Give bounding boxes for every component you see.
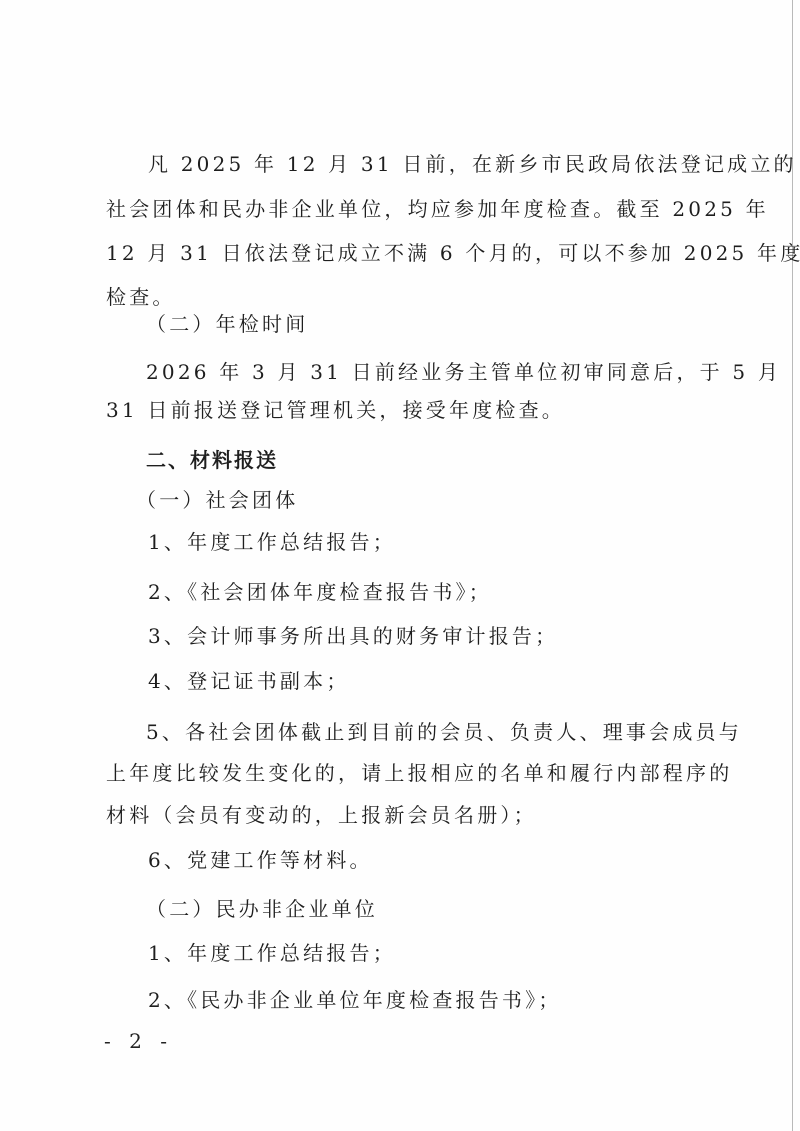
paragraph-1-line-2: 社会团体和民办非企业单位，均应参加年度检查。截至 2025 年 <box>0 195 800 223</box>
social-item-1: 1、年度工作总结报告； <box>0 528 800 556</box>
heading-materials-submission: 二、材料报送 <box>0 446 800 474</box>
social-item-6: 6、党建工作等材料。 <box>0 846 800 874</box>
social-item-4: 4、登记证书副本； <box>0 667 800 695</box>
paragraph-2-line-1: 2026 年 3 月 31 日前经业务主管单位初审同意后，于 5 月 <box>0 358 800 386</box>
paragraph-2-line-2: 31 日前报送登记管理机关，接受年度检查。 <box>0 396 800 424</box>
paragraph-1-line-1: 凡 2025 年 12 月 31 日前，在新乡市民政局依法登记成立的 <box>0 150 800 178</box>
document-page: 凡 2025 年 12 月 31 日前，在新乡市民政局依法登记成立的 社会团体和… <box>0 0 800 1131</box>
private-item-1: 1、年度工作总结报告； <box>0 939 800 967</box>
social-item-5-line-3: 材料（会员有变动的，上报新会员名册）； <box>0 801 800 829</box>
social-item-5-line-1: 5、各社会团体截止到目前的会员、负责人、理事会成员与 <box>0 718 800 746</box>
paragraph-1-line-3: 12 月 31 日依法登记成立不满 6 个月的，可以不参加 2025 年度 <box>0 239 800 267</box>
paragraph-1-line-4: 检查。 <box>0 283 800 311</box>
social-item-5-line-2: 上年度比较发生变化的，请上报相应的名单和履行内部程序的 <box>0 759 800 787</box>
page-number: - 2 - <box>104 1029 173 1053</box>
social-item-2: 2、《社会团体年度检查报告书》； <box>0 578 800 606</box>
heading-annual-inspection-time: （二）年检时间 <box>0 310 800 338</box>
private-item-2: 2、《民办非企业单位年度检查报告书》； <box>0 986 800 1014</box>
social-item-3: 3、会计师事务所出具的财务审计报告； <box>0 622 800 650</box>
heading-social-organizations: （一）社会团体 <box>0 486 800 514</box>
heading-private-non-enterprise-units: （二）民办非企业单位 <box>0 895 800 923</box>
